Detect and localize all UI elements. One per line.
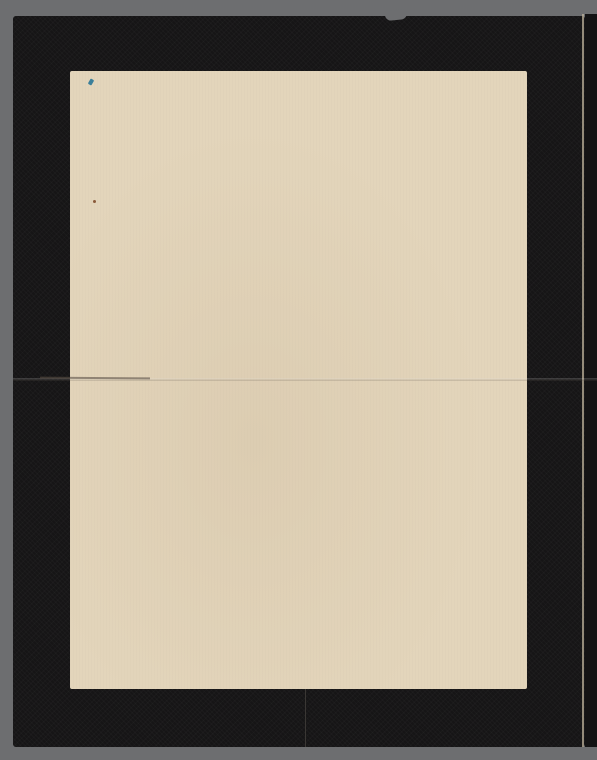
paper-speck	[93, 200, 96, 203]
border-seam	[305, 689, 306, 747]
